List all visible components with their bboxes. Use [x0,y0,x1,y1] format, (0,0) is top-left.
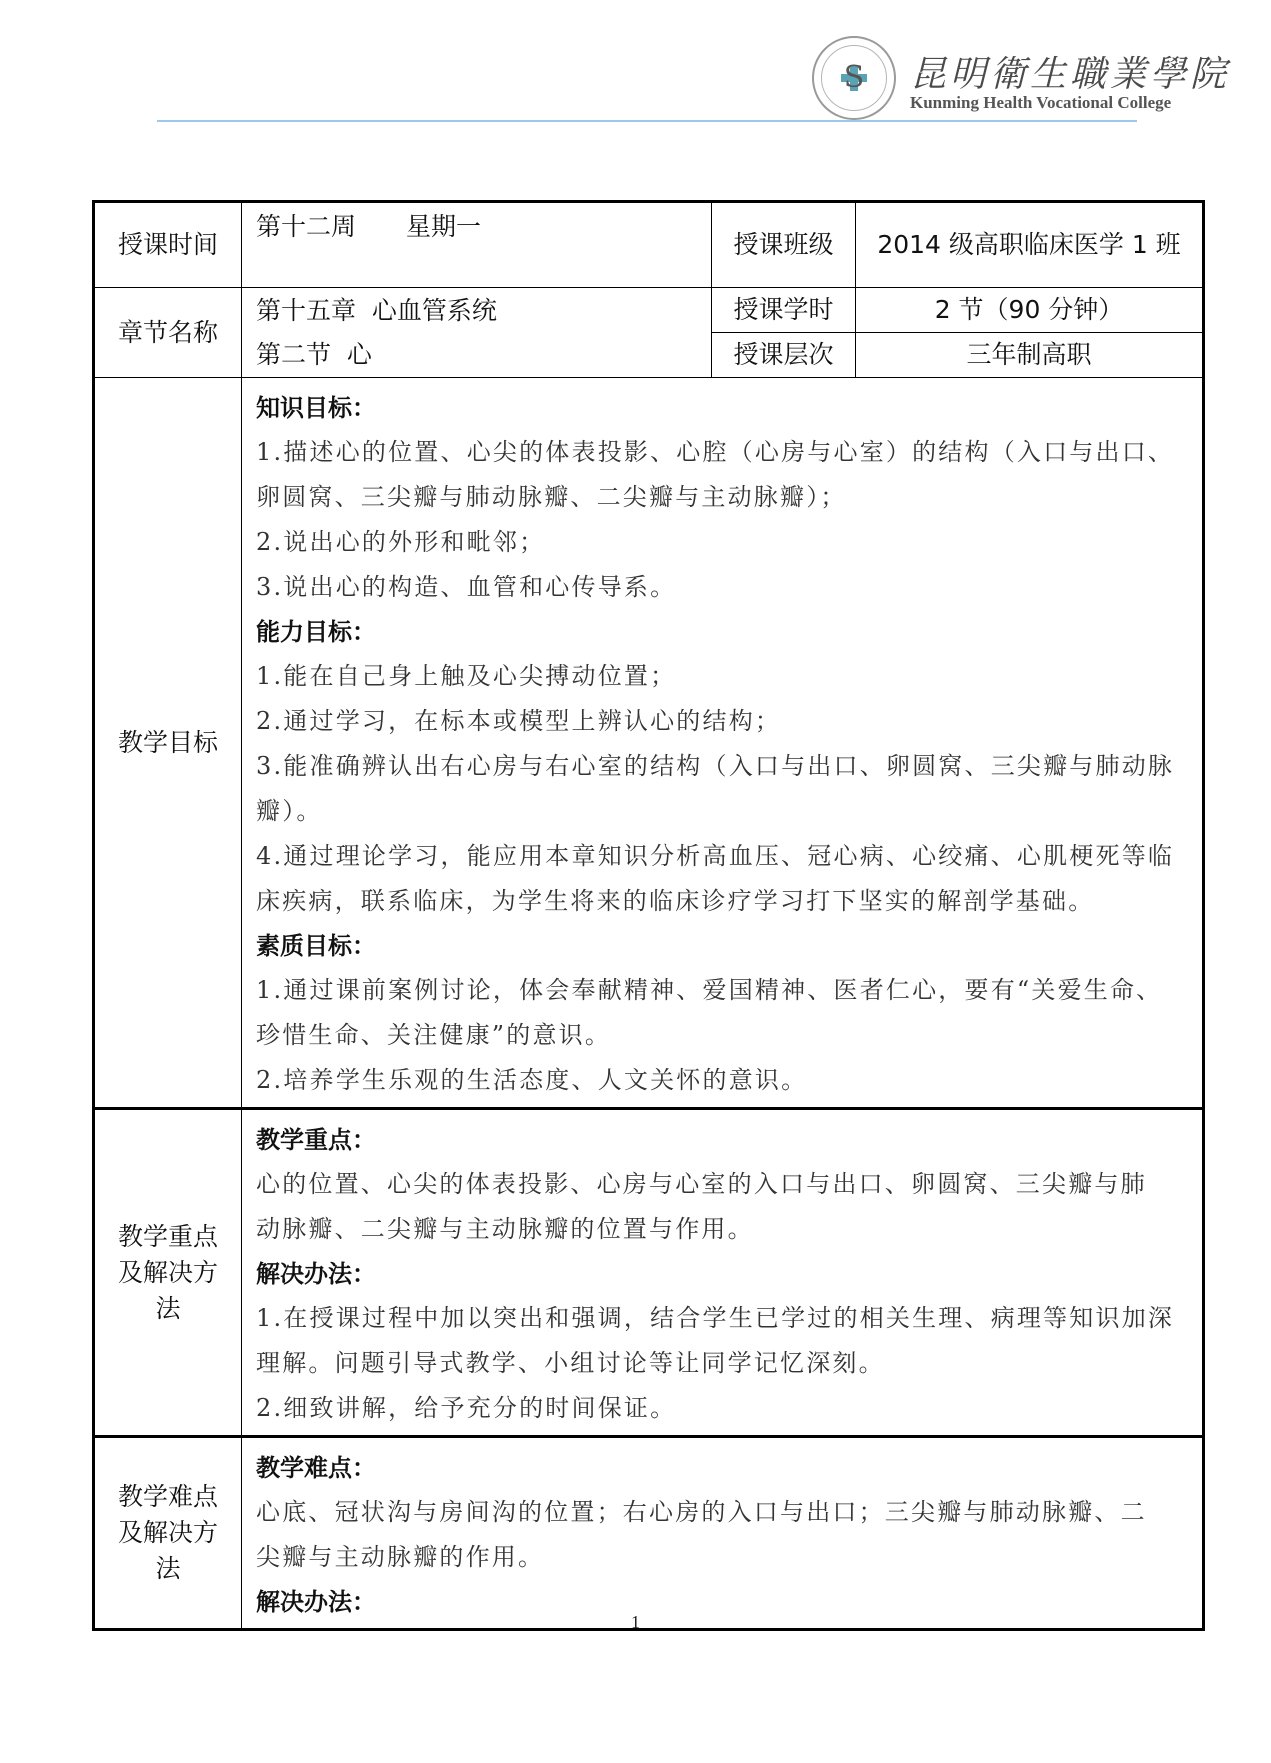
row-key-points: 教学重点及解决方法 教学重点： 心的位置、心尖的体表投影、心房与心室的入口与出口… [94,1109,1204,1437]
chapter-line-1: 第十五章 心血管系统 [256,289,711,333]
row-time-class: 授课时间 第十二周 星期一 授课班级 2014 级高职临床医学 1 班 [94,202,1204,288]
quality-line: 珍惜生命、关注健康”的意识。 [256,1013,1192,1058]
knowledge-line: 2.说出心的外形和毗邻； [256,520,1192,565]
ability-line: 瓣）。 [256,789,1192,834]
quality-line: 1.通过课前案例讨论，体会奉献精神、爱国精神、医者仁心，要有“关爱生命、 [256,968,1192,1013]
chapter-line-2: 第二节 心 [256,333,711,377]
difficulties-content: 教学难点： 心底、冠状沟与房间沟的位置；右心房的入口与出口；三尖瓣与肺动脉瓣、二… [242,1437,1204,1630]
row-difficulties: 教学难点及解决方法 教学难点： 心底、冠状沟与房间沟的位置；右心房的入口与出口；… [94,1437,1204,1630]
key-points-line: 动脉瓣、二尖瓣与主动脉瓣的位置与作用。 [256,1207,1192,1252]
knowledge-title: 知识目标： [256,386,1192,430]
chapter-label: 章节名称 [94,288,242,378]
chapter-value: 第十五章 心血管系统 第二节 心 [242,288,712,378]
key-points-line: 心的位置、心尖的体表投影、心房与心室的入口与出口、卵圆窝、三尖瓣与肺 [256,1162,1192,1207]
difficulties-line: 尖瓣与主动脉瓣的作用。 [256,1535,1192,1580]
difficulties-label: 教学难点及解决方法 [94,1437,242,1630]
college-emblem-icon: S [812,36,896,120]
quality-title: 素质目标： [256,924,1192,968]
level-label: 授课层次 [712,333,856,378]
difficulties-title: 教学难点： [256,1446,1192,1490]
page-header: S 昆明衛生職業學院 Kunming Health Vocational Col… [0,0,1271,130]
knowledge-line: 卵圆窝、三尖瓣与肺动脉瓣、二尖瓣与主动脉瓣）； [256,475,1192,520]
level-value: 三年制高职 [856,333,1204,378]
ability-line: 床疾病，联系临床，为学生将来的临床诊疗学习打下坚实的解剖学基础。 [256,879,1192,924]
class-label: 授课班级 [712,202,856,288]
key-points-solution-line: 1.在授课过程中加以突出和强调，结合学生已学过的相关生理、病理等知识加深 [256,1296,1192,1341]
ability-line: 1.能在自己身上触及心尖搏动位置； [256,654,1192,699]
objectives-content: 知识目标： 1.描述心的位置、心尖的体表投影、心腔（心房与心室）的结构（入口与出… [242,378,1204,1109]
time-value: 第十二周 星期一 [242,202,712,288]
key-points-label: 教学重点及解决方法 [94,1109,242,1437]
class-value: 2014 级高职临床医学 1 班 [856,202,1204,288]
lesson-plan-table: 授课时间 第十二周 星期一 授课班级 2014 级高职临床医学 1 班 章节名称… [92,200,1205,1631]
key-points-content: 教学重点： 心的位置、心尖的体表投影、心房与心室的入口与出口、卵圆窝、三尖瓣与肺… [242,1109,1204,1437]
serpent-icon: S [844,63,865,93]
row-objectives: 教学目标 知识目标： 1.描述心的位置、心尖的体表投影、心腔（心房与心室）的结构… [94,378,1204,1109]
key-points-solution-title: 解决办法： [256,1252,1192,1296]
difficulties-line: 心底、冠状沟与房间沟的位置；右心房的入口与出口；三尖瓣与肺动脉瓣、二 [256,1490,1192,1535]
objectives-label: 教学目标 [94,378,242,1109]
page-number: 1 [0,1612,1271,1633]
time-label: 授课时间 [94,202,242,288]
college-name-en: Kunming Health Vocational College [910,93,1171,113]
key-points-solution-line: 理解。问题引导式教学、小组讨论等让同学记忆深刻。 [256,1341,1192,1386]
ability-line: 4.通过理论学习，能应用本章知识分析高血压、冠心病、心绞痛、心肌梗死等临 [256,834,1192,879]
row-chapter-hours: 章节名称 第十五章 心血管系统 第二节 心 授课学时 2 节（90 分钟） [94,288,1204,333]
hours-label: 授课学时 [712,288,856,333]
ability-line: 3.能准确辨认出右心房与右心室的结构（入口与出口、卵圆窝、三尖瓣与肺动脉 [256,744,1192,789]
knowledge-line: 1.描述心的位置、心尖的体表投影、心腔（心房与心室）的结构（入口与出口、 [256,430,1192,475]
ability-line: 2.通过学习，在标本或模型上辨认心的结构； [256,699,1192,744]
college-name-cn: 昆明衛生職業學院 [910,46,1230,97]
key-points-title: 教学重点： [256,1118,1192,1162]
ability-title: 能力目标： [256,610,1192,654]
key-points-solution-line: 2.细致讲解，给予充分的时间保证。 [256,1386,1192,1431]
header-divider [157,120,1137,122]
quality-line: 2.培养学生乐观的生活态度、人文关怀的意识。 [256,1058,1192,1103]
knowledge-line: 3.说出心的构造、血管和心传导系。 [256,565,1192,610]
hours-value: 2 节（90 分钟） [856,288,1204,333]
